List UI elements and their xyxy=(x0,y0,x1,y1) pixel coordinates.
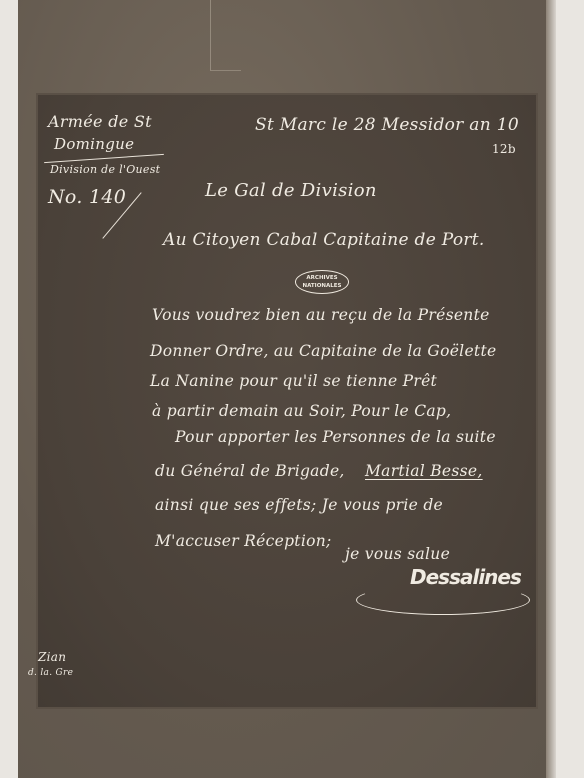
stamp-line2: NATIONALES xyxy=(296,282,348,290)
archives-nationales-stamp: ARCHIVES NATIONALES xyxy=(295,270,349,294)
margin-header-division: Division de l'Ouest xyxy=(50,163,160,176)
body-line-8: M'accuser Réception; xyxy=(155,532,332,550)
addressee: Au Citoyen Cabal Capitaine de Port. xyxy=(163,230,485,250)
page-number: 12b xyxy=(492,142,516,156)
closing-salutation: je vous salue xyxy=(345,545,450,563)
mount-edge-shadow xyxy=(546,0,556,778)
margin-header-number: No. 140 xyxy=(48,186,126,208)
stamp-line1: ARCHIVES xyxy=(296,274,348,282)
body-line-3: La Nanine pour qu'il se tienne Prêt xyxy=(150,372,437,390)
body-line-4: à partir demain au Soir, Pour le Cap, xyxy=(152,402,451,420)
footnote-line2: d. la. Gre xyxy=(28,668,73,678)
body-line-7: ainsi que ses effets; Je vous prie de xyxy=(155,496,443,514)
body-line-2: Donner Ordre, au Capitaine de la Goëlett… xyxy=(150,342,496,360)
body-line-1: Vous voudrez bien au reçu de la Présente xyxy=(152,306,490,324)
signature-flourish xyxy=(356,585,530,615)
fold-mark xyxy=(210,0,241,71)
body-name-martial-besse: Martial Besse, xyxy=(365,462,483,480)
body-line-6: du Général de Brigade, xyxy=(155,462,345,480)
body-line-5: Pour apporter les Personnes de la suite xyxy=(175,428,496,446)
sender-title: Le Gal de Division xyxy=(205,180,377,201)
margin-header-domingue: Domingue xyxy=(54,135,134,153)
margin-header-army: Armée de St xyxy=(48,112,152,131)
dateline: St Marc le 28 Messidor an 10 xyxy=(255,115,519,135)
footnote-line1: Zian xyxy=(38,650,66,664)
